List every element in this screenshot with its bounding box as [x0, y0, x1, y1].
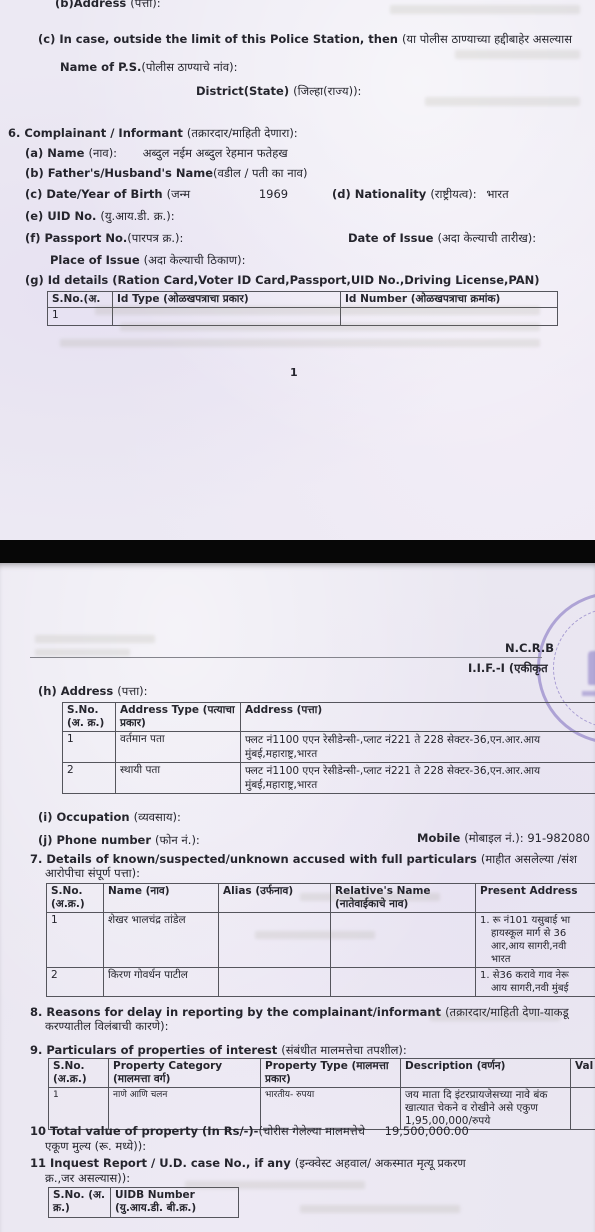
property-col-type: Property Type (मालमत्ता प्रकार) — [261, 1059, 401, 1088]
field-district-state-label-en: District(State) — [196, 84, 293, 98]
field-uid-label-mr: (यु.आय.डी. क्र.): — [100, 209, 174, 223]
field-outside-limit-label-en: (c) In case, outside the limit of this P… — [38, 32, 402, 46]
address-col-sno: S.No.(अ. क्र.) — [63, 703, 116, 732]
uidb-table: S.No. (अ. क्र.) UIDB Number (यु.आय.डी. ब… — [48, 1187, 239, 1218]
address-row2-type: स्थायी पता — [116, 763, 241, 794]
accused-row2-name: किरण गोवर्धन पाटील — [104, 968, 219, 997]
section-11-title-en: 11 Inquest Report / U.D. case No., if an… — [30, 1156, 295, 1170]
field-occupation: (i) Occupation (व्यवसाय): — [38, 810, 181, 825]
page-number: 1 — [290, 366, 298, 379]
accused-col-present-address: Present Address — [476, 884, 595, 913]
field-date-of-birth: (c) Date/Year of Birth (जन्म 1969 — [25, 187, 288, 202]
field-complainant-name: (a) Name (नाव): अब्दुल नईम अब्दुल रेहमान… — [25, 146, 288, 161]
field-father-husband-name: (b) Father's/Husband's Name(वडील / पती क… — [25, 166, 307, 181]
uidb-header-row: S.No. (अ. क्र.) UIDB Number (यु.आय.डी. ब… — [49, 1188, 239, 1218]
field-occupation-label-mr: (व्यवसाय): — [134, 810, 181, 824]
section-6-title-mr: (तक्रारदार/माहिती देणारा): — [187, 126, 298, 140]
accused-row1-alias — [219, 913, 331, 968]
field-name-of-ps: Name of P.S.(पोलीस ठाण्याचे नांव): — [60, 60, 237, 75]
police-station-seal-emblem — [588, 651, 595, 685]
field-id-details-label: (g) Id details (Ration Card,Voter ID Car… — [25, 273, 540, 288]
field-place-of-issue-label-en: Place of Issue — [50, 253, 144, 267]
accused-row1-name: शेखर भालचंद्र तांडेल — [104, 913, 219, 968]
accused-row1-address-line4: भारत — [480, 953, 595, 966]
bleed-through-artifact — [455, 50, 580, 59]
property-header-row: S.No. (अ.क्र.) Property Category (मालमत्… — [49, 1059, 595, 1088]
section-11-title-line2: क्र.,जर असल्यास)): — [45, 1171, 130, 1186]
section-9-title: 9. Particulars of properties of interest… — [30, 1043, 407, 1058]
property-col-sno: S.No. (अ.क्र.) — [49, 1059, 109, 1088]
header-rule — [30, 657, 542, 658]
accused-row1-address-line3: आर,आय सागरी,नवी — [480, 940, 595, 953]
field-nationality-label-en: (d) Nationality — [332, 187, 430, 201]
uidb-col-number: UIDB Number (यु.आय.डी. बी.क्र.) — [111, 1188, 239, 1218]
address-row1-sno: 1 — [63, 732, 116, 763]
field-complainant-name-label-en: (a) Name — [25, 146, 88, 160]
bleed-through-artifact — [300, 893, 440, 901]
section-9-title-en: 9. Particulars of properties of interest — [30, 1043, 281, 1057]
field-passport-label-mr: (पारपत्र क्र.): — [127, 231, 183, 245]
field-complainant-name-value: अब्दुल नईम अब्दुल रेहमान फतेहख — [143, 146, 288, 160]
property-col-value: Val (मुल्य — [571, 1059, 595, 1088]
scan-divider-band — [0, 540, 595, 563]
address-col-address: Address (पत्ता) — [241, 703, 595, 732]
accused-row2-sno: 2 — [47, 968, 104, 997]
address-row2-line1: फ्लट नं1100 एएन रेसीडेन्सी-,प्लाट नं221 … — [245, 764, 595, 778]
field-father-husband-label-mr: (वडील / पती का नाव) — [213, 166, 307, 180]
bleed-through-artifact — [120, 323, 540, 331]
field-passport-no: (f) Passport No.(पारपत्र क्र.): — [25, 231, 183, 246]
police-station-seal-bar — [582, 691, 595, 696]
accused-row1-relative — [331, 913, 476, 968]
accused-row1-address: 1. रू नं101 यसुबाई भा हायस्कूल मार्ग से … — [476, 913, 595, 968]
property-table: S.No. (अ.क्र.) Property Category (मालमत्… — [48, 1058, 595, 1130]
field-date-of-issue-label-mr: (अदा केल्याची तारीख): — [437, 231, 536, 245]
total-property-value: 19,500,000.00 — [385, 1124, 469, 1138]
bleed-through-artifact — [430, 1013, 560, 1021]
field-place-of-issue: Place of Issue (अदा केल्याची ठिकाण): — [50, 253, 245, 268]
header-iif: I.I.F.-I (एकीकृत — [468, 661, 548, 676]
section-7-title-line2: आरोपीचा संपूर्ण पत्ता): — [45, 866, 140, 881]
accused-row2-relative — [331, 968, 476, 997]
field-address-h-label-mr: (पत्ता): — [117, 684, 147, 698]
header-ncrb: N.C.R.B — [505, 641, 554, 656]
field-mobile-label-en: Mobile — [417, 831, 464, 845]
accused-col-sno: S.No. (अ.क्र.) — [47, 884, 104, 913]
section-7-title-mr: (माहीत असलेल्या /संश — [481, 852, 577, 866]
address-row1-address: फ्लट नं1100 एएन रेसीडेन्सी-,प्लाट नं221 … — [241, 732, 595, 763]
address-row2-sno: 2 — [63, 763, 116, 794]
field-date-of-issue-label-en: Date of Issue — [348, 231, 437, 245]
fir-page-1: (b)Address (पत्ता): (c) In case, outside… — [0, 0, 595, 540]
table-row: 2 स्थायी पता फ्लट नं1100 एएन रेसीडेन्सी-… — [63, 763, 595, 794]
section-10-title-line2: एकूण मुल्य (रू. मध्ये)): — [45, 1139, 146, 1154]
accused-row1-address-line2: हायस्कूल मार्ग से 36 — [480, 927, 595, 940]
table-row: 1 शेखर भालचंद्र तांडेल 1. रू नं101 यसुबा… — [47, 913, 595, 968]
field-address-h: (h) Address (पत्ता): — [38, 684, 148, 699]
field-phone-label-mr: (फोन नं.): — [155, 833, 200, 847]
field-father-husband-label-en: (b) Father's/Husband's Name — [25, 166, 213, 180]
accused-row2-alias — [219, 968, 331, 997]
address-row1-line2: मुंबई,महाराष्ट्र,भारत — [245, 747, 595, 761]
uidb-col-sno: S.No. (अ. क्र.) — [49, 1188, 111, 1218]
property-col-category: Property Category (मालमत्ता वर्ग) — [109, 1059, 261, 1088]
field-name-of-ps-label-en: Name of P.S. — [60, 60, 141, 74]
field-nationality-value: भारत — [486, 187, 508, 201]
field-mobile-label-mr: (मोबाइल नं.): — [464, 831, 523, 845]
section-6-title-en: 6. Complainant / Informant — [8, 126, 187, 140]
address-row2-address: फ्लट नं1100 एएन रेसीडेन्सी-,प्लाट नं221 … — [241, 763, 595, 794]
field-district-state-label-mr: (जिल्हा(राज्य)): — [293, 84, 361, 98]
address-col-type: Address Type (पत्याचा प्रकार) — [116, 703, 241, 732]
accused-row1-address-line1: 1. रू नं101 यसुबाई भा — [480, 914, 595, 927]
fir-page-2: N.C.R.B I.I.F.-I (एकीकृत (h) Address (पत… — [0, 563, 595, 1232]
section-7-title: 7. Details of known/suspected/unknown ac… — [30, 852, 577, 867]
field-name-of-ps-label-mr: (पोलीस ठाण्याचे नांव): — [141, 60, 237, 74]
field-mobile-number: Mobile (मोबाइल नं.): 91-982080 — [417, 831, 590, 846]
field-district-state: District(State) (जिल्हा(राज्य)): — [196, 84, 361, 99]
address-row2-line2: मुंबई,महाराष्ट्र,भारत — [245, 778, 595, 792]
bleed-through-artifact — [185, 1181, 365, 1189]
field-passport-label-en: (f) Passport No. — [25, 231, 127, 245]
bleed-through-artifact — [35, 649, 130, 656]
field-outside-limit: (c) In case, outside the limit of this P… — [38, 32, 572, 47]
section-8-title-line2: करण्यातील विलंबाची कारणे): — [45, 1019, 168, 1034]
field-place-of-issue-label-mr: (अदा केल्याची ठिकाण): — [144, 253, 246, 267]
accused-row2-address-line2: आय सागरी,नवी मुंबई — [480, 982, 595, 995]
field-dob-label-mr: (जन्म — [167, 187, 191, 201]
field-phone-label-en: (j) Phone number — [38, 833, 155, 847]
section-11-title: 11 Inquest Report / U.D. case No., if an… — [30, 1156, 466, 1171]
address-table: S.No.(अ. क्र.) Address Type (पत्याचा प्र… — [62, 702, 595, 794]
accused-col-name: Name (नाव) — [104, 884, 219, 913]
field-outside-limit-label-mr: (या पोलीस ठाण्याच्या हद्दीबाहेर असल्यास — [402, 32, 572, 46]
field-dob-label-en: (c) Date/Year of Birth — [25, 187, 167, 201]
section-10-title: 10 Total value of property (In Rs/-)-(चो… — [30, 1124, 469, 1139]
field-complainant-name-label-mr: (नाव): — [88, 146, 117, 160]
field-occupation-label-en: (i) Occupation — [38, 810, 134, 824]
field-nationality-label-mr: (राष्ट्रीयत्व): — [430, 187, 476, 201]
section-10-title-mr: (चोरीस गेलेल्या मालमत्तेचे — [258, 1124, 365, 1138]
field-nationality: (d) Nationality (राष्ट्रीयत्व): भारत — [332, 187, 509, 202]
table-row: 2 किरण गोवर्धन पाटील 1. से36 करावे गाव न… — [47, 968, 595, 997]
field-address-b: (b)Address (पत्ता): — [55, 0, 161, 11]
property-row1-value — [571, 1088, 595, 1130]
section-7-title-en: 7. Details of known/suspected/unknown ac… — [30, 852, 481, 866]
field-address-b-label-mr: (पत्ता): — [130, 0, 160, 10]
section-11-title-mr: (इन्क्वेस्ट अहवाल/ अकस्मात मृत्यू प्रकरण — [295, 1156, 466, 1170]
accused-row1-sno: 1 — [47, 913, 104, 968]
field-date-of-issue: Date of Issue (अदा केल्याची तारीख): — [348, 231, 536, 246]
bleed-through-artifact — [60, 339, 540, 347]
field-dob-value: 1969 — [259, 187, 288, 201]
bleed-through-artifact — [255, 931, 375, 939]
bleed-through-artifact — [95, 306, 540, 315]
table-row: 1 वर्तमान पता फ्लट नं1100 एएन रेसीडेन्सी… — [63, 732, 595, 763]
bleed-through-artifact — [300, 1205, 460, 1213]
accused-row2-address: 1. से36 करावे गाव नेरू आय सागरी,नवी मुंब… — [476, 968, 595, 997]
field-phone-number: (j) Phone number (फोन नं.): — [38, 833, 200, 848]
address-header-row: S.No.(अ. क्र.) Address Type (पत्याचा प्र… — [63, 703, 595, 732]
field-uid-no: (e) UID No. (यु.आय.डी. क्र.): — [25, 209, 175, 224]
field-mobile-value: 91-982080 — [527, 831, 590, 845]
section-9-title-mr: (संबंधीत मालमत्तेचा तपशील): — [281, 1043, 407, 1057]
address-row1-line1: फ्लट नं1100 एएन रेसीडेन्सी-,प्लाट नं221 … — [245, 733, 595, 747]
address-row1-type: वर्तमान पता — [116, 732, 241, 763]
section-10-title-en: 10 Total value of property (In Rs/-)- — [30, 1124, 258, 1138]
accused-row2-address-line1: 1. से36 करावे गाव नेरू — [480, 969, 595, 982]
field-address-b-label-en: (b)Address — [55, 0, 130, 10]
field-address-h-label-en: (h) Address — [38, 684, 117, 698]
section-6-title: 6. Complainant / Informant (तक्रारदार/मा… — [8, 126, 298, 141]
bleed-through-artifact — [35, 635, 155, 643]
bleed-through-artifact — [390, 5, 580, 14]
section-8-title-en: 8. Reasons for delay in reporting by the… — [30, 1005, 445, 1019]
field-uid-label-en: (e) UID No. — [25, 209, 100, 223]
bleed-through-artifact — [425, 97, 580, 106]
property-col-description: Description (वर्णन) — [401, 1059, 571, 1088]
